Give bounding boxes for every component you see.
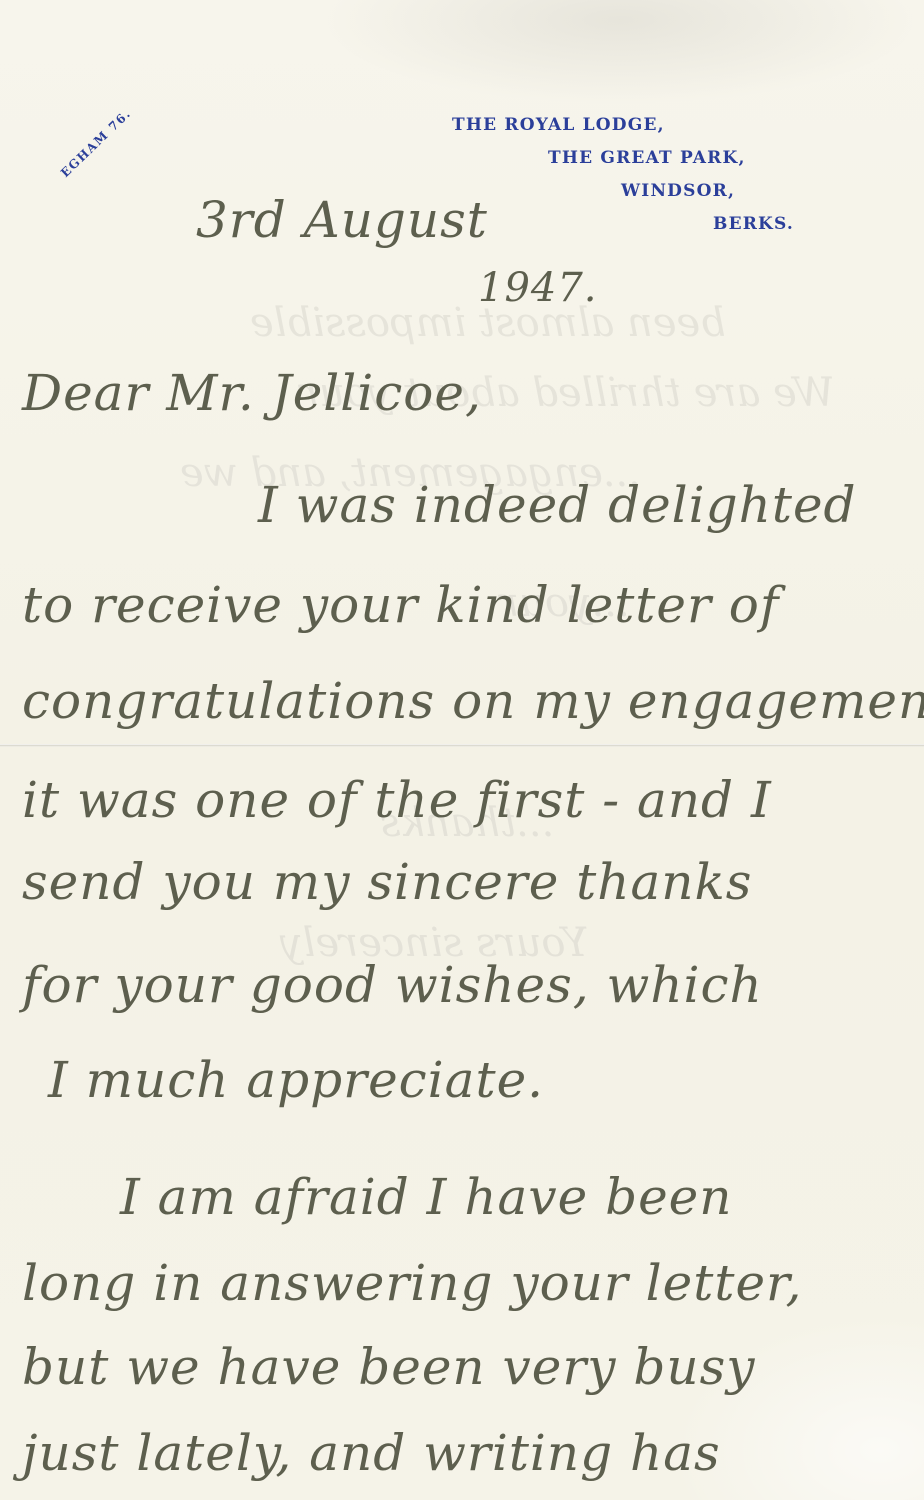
letterhead-line: THE ROYAL LODGE, (452, 115, 665, 135)
letterhead-line: THE GREAT PARK, (548, 148, 746, 168)
letter-year: 1947. (478, 268, 598, 308)
body-line: it was one of the first - and I (22, 775, 772, 825)
salutation: Dear Mr. Jellicoe, (22, 368, 482, 418)
body-line: congratulations on my engagement - (22, 676, 924, 726)
letterhead-line: BERKS. (713, 214, 794, 234)
letter-date: 3rd August (196, 195, 488, 245)
body-line: for your good wishes, which (22, 960, 763, 1010)
letterhead-line: WINDSOR, (621, 181, 735, 201)
body-line: I am afraid I have been (120, 1172, 732, 1222)
body-line: send you my sincere thanks (22, 857, 752, 907)
paper-fold-crease (0, 744, 924, 747)
body-line: just lately, and writing has (22, 1428, 721, 1478)
body-line: to receive your kind letter of (22, 580, 779, 630)
body-line: I was indeed delighted (258, 480, 857, 530)
body-line: I much appreciate. (48, 1055, 544, 1105)
body-line: long in answering your letter, (22, 1258, 802, 1308)
body-line: but we have been very busy (22, 1342, 756, 1392)
